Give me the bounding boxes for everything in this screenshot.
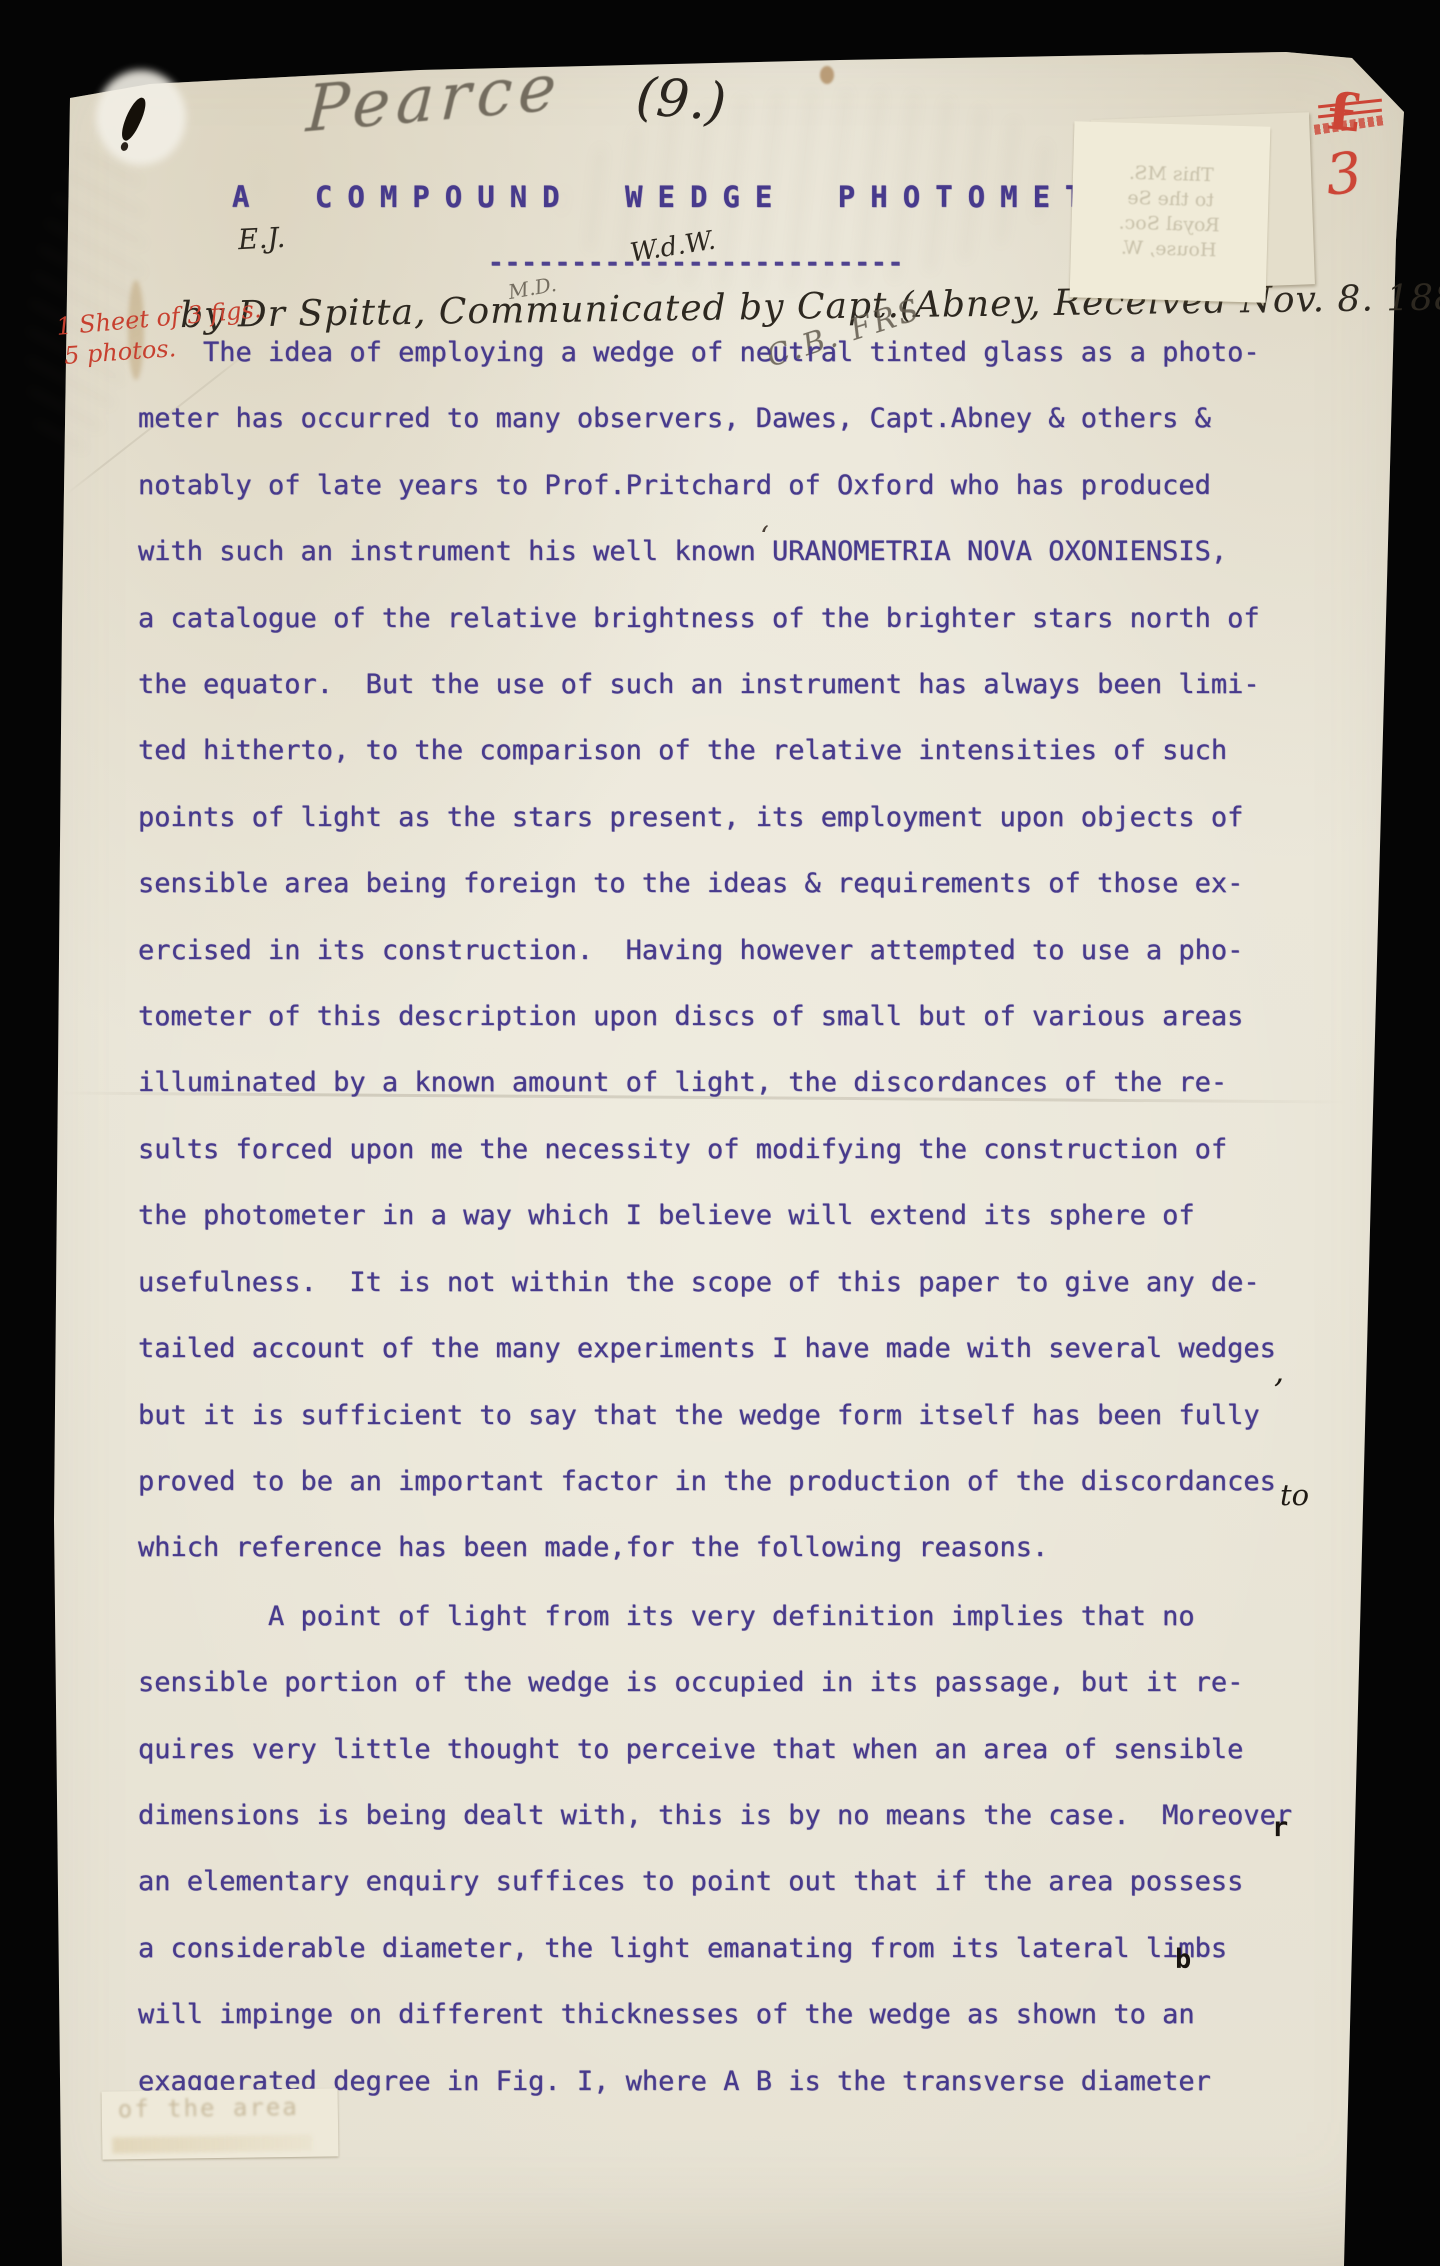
red-crossed-out-mark: £	[1318, 82, 1388, 142]
top-edge-stain	[820, 66, 834, 84]
typed-line: proved to be an important factor in the …	[138, 1449, 1292, 1515]
patch-smear	[112, 2135, 312, 2154]
initials-ej-annotation: E.J.	[237, 221, 286, 256]
typed-line: quires very little thought to perceive t…	[138, 1717, 1292, 1783]
typed-line: an elementary enquiry suffices to point …	[138, 1849, 1292, 1915]
slip-ghost-line: Royal Soc.	[1119, 211, 1221, 239]
overstruck-letter-r: r	[1272, 1812, 1288, 1843]
typed-line: The idea of employing a wedge of neutral…	[138, 320, 1292, 386]
typed-line: will impinge on different thicknesses of…	[138, 1982, 1292, 2048]
body-paragraph: A point of light from its very definitio…	[138, 1584, 1292, 2115]
patch-ghost-text: of the area	[118, 2093, 299, 2124]
typed-line: dimensions is being dealt with, this is …	[138, 1783, 1292, 1849]
inserted-comma: ,	[1274, 1352, 1284, 1390]
overstruck-letter-b: b	[1175, 1944, 1191, 1975]
typed-line: points of light as the stars present, it…	[138, 785, 1292, 851]
red-page-number: 3	[1323, 140, 1365, 208]
typed-line: sults forced upon me the necessity of mo…	[138, 1117, 1292, 1183]
typed-line: a catalogue of the relative brightness o…	[138, 586, 1292, 652]
inserted-word-to: to	[1280, 1478, 1309, 1512]
typed-line: but it is sufficient to say that the wed…	[138, 1383, 1292, 1449]
typed-line: sensible portion of the wedge is occupie…	[138, 1650, 1292, 1716]
typed-line: which reference has been made,for the fo…	[138, 1515, 1292, 1581]
page-number-annotation: (9.)	[634, 67, 728, 133]
typed-line: tometer of this description upon discs o…	[138, 984, 1292, 1050]
typed-line: notably of late years to Prof.Pritchard …	[138, 453, 1292, 519]
slip-ghost-line: to the Se	[1127, 186, 1214, 213]
scanned-manuscript-page: Pearce (9.) E.J. W.d.W. A COMPOUND WEDGE…	[0, 0, 1440, 2266]
slip-ghost-line: House, W.	[1121, 236, 1217, 264]
typed-line: the equator. But the use of such an inst…	[138, 652, 1292, 718]
typed-line: A point of light from its very definitio…	[138, 1584, 1292, 1650]
typed-line: a considerable diameter, the light emana…	[138, 1916, 1292, 1982]
typed-line: tailed account of the many experiments I…	[138, 1316, 1292, 1382]
slip-ghost-line: This MS.	[1128, 161, 1213, 188]
document-title: A COMPOUND WEDGE PHOTOMETER	[232, 180, 1162, 214]
typed-line: meter has occurred to many observers, Da…	[138, 386, 1292, 452]
inserted-quote-mark: ‘	[760, 520, 769, 553]
typed-line: sensible area being foreign to the ideas…	[138, 851, 1292, 917]
body-paragraph: The idea of employing a wedge of neutral…	[138, 320, 1292, 1582]
typed-line: with such an instrument his well known U…	[138, 519, 1292, 585]
typed-body-text: The idea of employing a wedge of neutral…	[138, 320, 1292, 2115]
typed-line: usefulness. It is not within the scope o…	[138, 1250, 1292, 1316]
typed-line: ted hitherto, to the comparison of the r…	[138, 718, 1292, 784]
typed-line: illuminated by a known amount of light, …	[138, 1050, 1292, 1116]
typed-line: ercised in its construction. Having howe…	[138, 918, 1292, 984]
typed-line: the photometer in a way which I believe …	[138, 1183, 1292, 1249]
pasted-slip-front-sheet: This MS.to the SeRoyal Soc.House, W.	[1070, 121, 1271, 302]
pasted-correction-patch: of the area	[102, 2088, 339, 2159]
